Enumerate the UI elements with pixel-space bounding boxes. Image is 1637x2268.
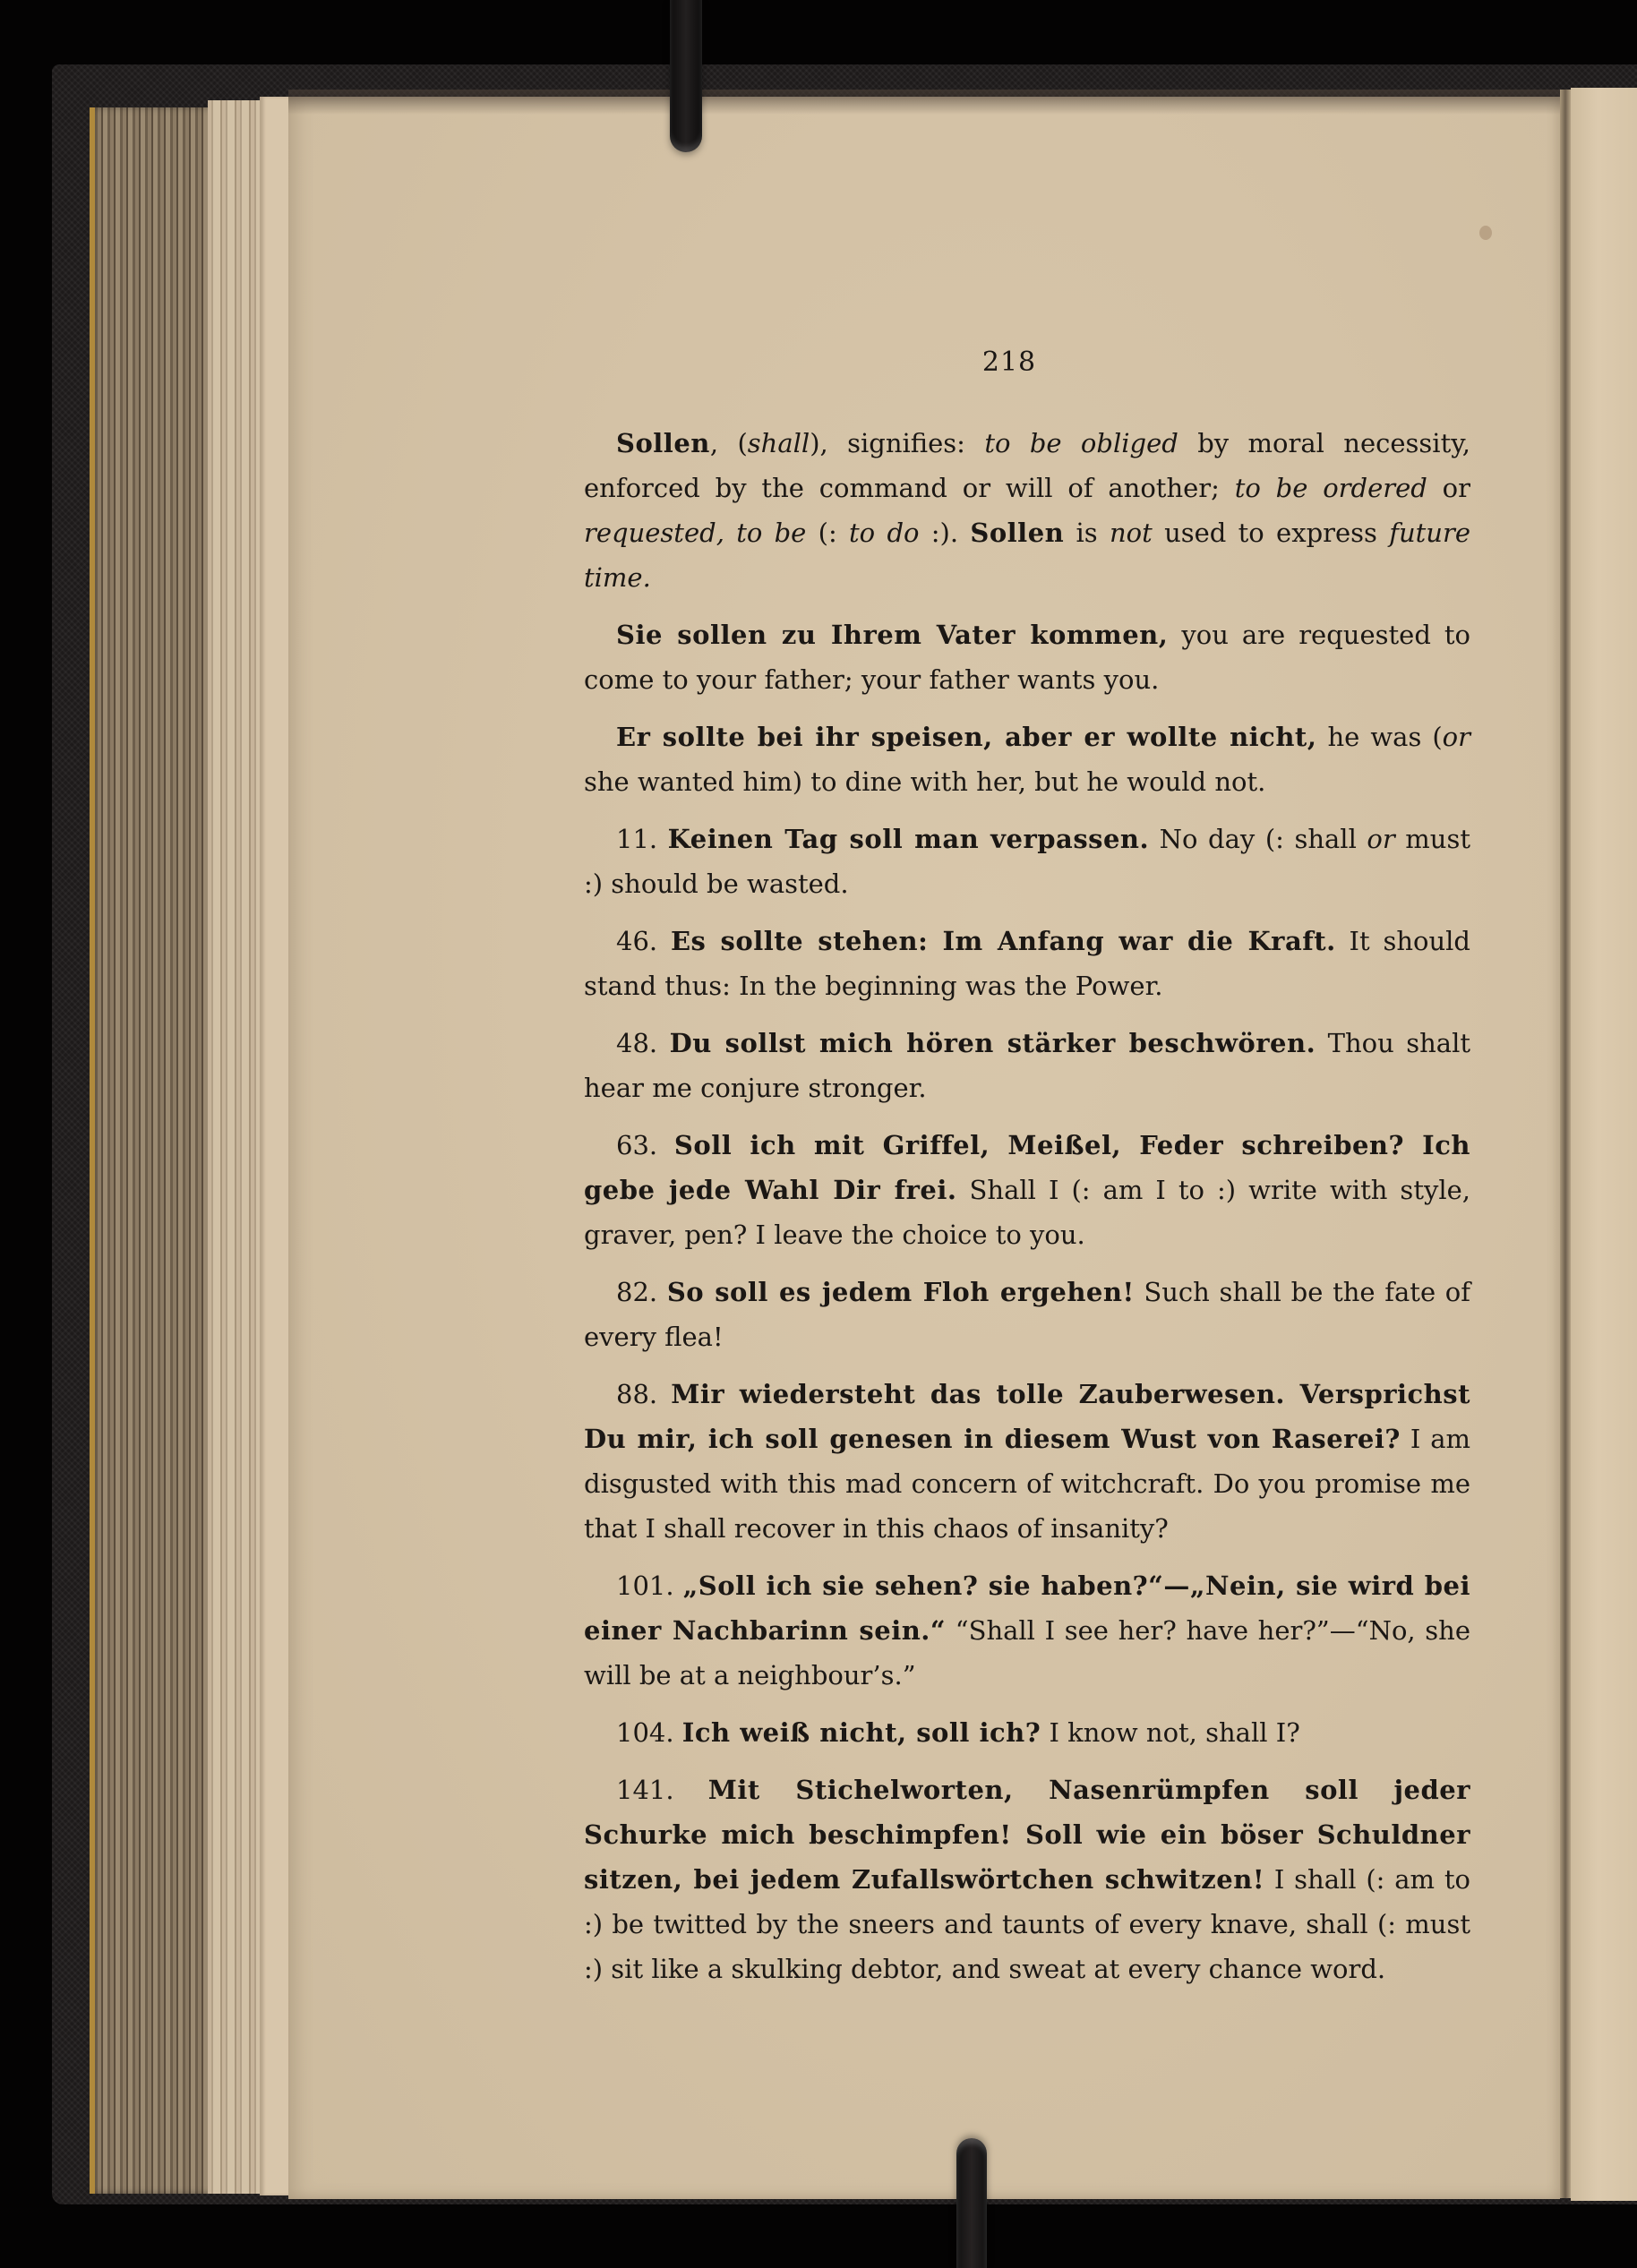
paragraph-list: Sollen, (shall), signifies: to be oblige…	[584, 421, 1470, 1991]
italic-text: requested, to be	[584, 518, 806, 548]
english-text: 11.	[616, 824, 668, 854]
paragraph-line-46: 46. Es sollte stehen: Im Anfang war die …	[584, 919, 1470, 1008]
paragraph-line-141: 141. Mit Stichelworten, Nasenrümpfen sol…	[584, 1767, 1470, 1991]
english-text: is	[1064, 518, 1110, 548]
english-text: ), signifies:	[810, 428, 984, 458]
english-text: 88.	[616, 1379, 671, 1409]
english-text: 48.	[616, 1028, 670, 1058]
german-text: Sollen	[970, 518, 1064, 548]
german-text: So soll es jedem Floh ergehen!	[667, 1277, 1135, 1307]
english-text: he was (	[1316, 722, 1442, 752]
german-text: Er sollte bei ihr speisen, aber er wollt…	[616, 722, 1316, 752]
english-text: I know not, shall I?	[1041, 1717, 1300, 1748]
english-text: 46.	[616, 926, 671, 956]
italic-text: or	[1367, 824, 1394, 854]
english-text: 63.	[616, 1130, 674, 1160]
english-text: she wanted him) to dine with her, but he…	[584, 766, 1265, 797]
paragraph-line-101: 101. „Soll ich sie sehen? sie haben?“—„N…	[584, 1563, 1470, 1698]
paragraph-line-104: 104. Ich weiß nicht, soll ich? I know no…	[584, 1710, 1470, 1755]
bookmark-clip-bottom	[956, 2138, 987, 2268]
german-text: Sie sollen zu Ihrem Vater kommen,	[616, 620, 1168, 650]
italic-text: shall	[748, 428, 810, 458]
paragraph-line-88: 88. Mir wiedersteht das tolle Zauberwese…	[584, 1372, 1470, 1551]
book-gutter	[1560, 90, 1571, 2198]
english-text: used to express	[1153, 518, 1389, 548]
english-text: or	[1427, 473, 1470, 503]
paragraph-example-2: Er sollte bei ihr speisen, aber er wollt…	[584, 715, 1470, 804]
bookmark-clip-top	[670, 0, 702, 152]
paragraph-line-11: 11. Keinen Tag soll man verpassen. No da…	[584, 817, 1470, 906]
english-text: 101.	[616, 1570, 683, 1601]
english-text: 141.	[616, 1775, 708, 1805]
page-text-block: 218 Sollen, (shall), signifies: to be ob…	[584, 340, 1470, 2004]
paragraph-line-63: 63. Soll ich mit Griffel, Meißel, Feder …	[584, 1123, 1470, 1257]
english-text: 82.	[616, 1277, 667, 1307]
italic-text: not	[1110, 518, 1153, 548]
english-text: (:	[806, 518, 849, 548]
facing-page	[1571, 88, 1637, 2201]
deckled-page-edge	[260, 97, 292, 2195]
english-text: 104.	[616, 1717, 682, 1748]
english-text: :).	[919, 518, 970, 548]
paragraph-line-82: 82. So soll es jedem Floh ergehen! Such …	[584, 1270, 1470, 1359]
german-text: Sollen	[616, 428, 710, 458]
italic-text: to be ordered	[1235, 473, 1427, 503]
paragraph-example-1: Sie sollen zu Ihrem Vater kommen, you ar…	[584, 612, 1470, 702]
paragraph-line-48: 48. Du sollst mich hören stärker beschwö…	[584, 1021, 1470, 1110]
italic-text: to be obliged	[984, 428, 1178, 458]
german-text: Ich weiß nicht, soll ich?	[682, 1717, 1041, 1748]
english-text: , (	[710, 428, 748, 458]
paragraph-intro: Sollen, (shall), signifies: to be oblige…	[584, 421, 1470, 600]
german-text: Keinen Tag soll man verpassen.	[668, 824, 1149, 854]
page-number: 218	[584, 340, 1470, 385]
english-text: No day (: shall	[1149, 824, 1367, 854]
italic-text: to do	[849, 518, 919, 548]
german-text: Mir wiedersteht das tolle Zauberwesen. V…	[584, 1379, 1470, 1454]
page-top-shadow	[288, 90, 1560, 115]
german-text: Du sollst mich hören stärker beschwören.	[670, 1028, 1316, 1058]
paper-stain	[1479, 226, 1492, 240]
italic-text: or	[1443, 722, 1470, 752]
german-text: Es sollte stehen: Im Anfang war die Kraf…	[671, 926, 1336, 956]
